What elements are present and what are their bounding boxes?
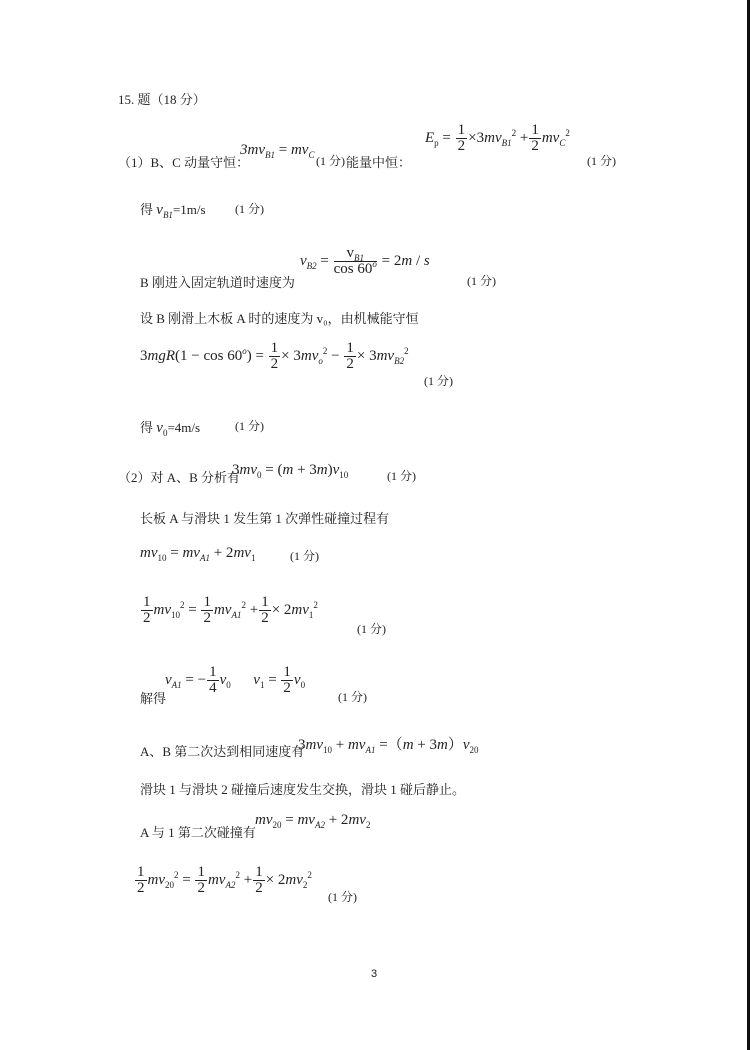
- second-collision-text: A 与 1 第二次碰撞有: [140, 822, 256, 841]
- score-momentum: (1 分): [316, 152, 345, 169]
- score-energy1: (1 分): [357, 620, 386, 637]
- eq-second: 3mv10 + mvA1 =（m + 3m）v20: [298, 733, 479, 754]
- score-mom1: (1 分): [290, 547, 319, 564]
- score-solve: (1 分): [338, 688, 367, 705]
- eq-energy-1: 12mv102 = 12mvA12 +12× 2mv12: [140, 595, 318, 626]
- second-text: A、B 第二次达到相同速度有: [140, 741, 304, 760]
- score-energy2: (1 分): [328, 888, 357, 905]
- part2-label: （2）对 A、B 分析有: [118, 467, 240, 486]
- eq-momentum-2: mv20 = mvA2 + 2mv2: [255, 812, 370, 829]
- question-title: 15. 题（18 分）: [118, 89, 206, 108]
- collision-text: 长板 A 与滑块 1 发生第 1 次弹性碰撞过程有: [140, 508, 389, 527]
- page-number: 3: [371, 968, 377, 980]
- eq-momentum-1: mv10 = mvA1 + 2mv1: [140, 545, 255, 562]
- eq-solve: vA1 = −14v0 v1 = 12v0: [165, 665, 305, 696]
- energy-label: 能量中恒：: [346, 152, 411, 171]
- score-vb1: (1 分): [235, 200, 264, 217]
- solve-label: 解得: [140, 688, 166, 707]
- result-prefix: 得: [140, 202, 153, 217]
- eq-ab-momentum: 3mv0 = (m + 3m)v10: [232, 462, 348, 479]
- result-vb1: 得 vB1=1m/s: [140, 199, 206, 219]
- track-label: B 刚进入固定轨道时速度为: [140, 272, 295, 291]
- eq-energy-bc: Ep = 12×3mvB12 +12mvC2: [425, 123, 570, 154]
- score-mech: (1 分): [424, 372, 453, 389]
- eq-mech-energy: 3mgR(1 − cos 60o) = 12× 3mvo2 − 12× 3mvB…: [140, 341, 409, 372]
- result-value: =1m/s: [173, 202, 206, 217]
- eq-momentum-bc: 3mvB1 = mvC: [240, 142, 314, 159]
- v0-prefix: 得: [140, 420, 153, 435]
- score-vb2: (1 分): [467, 272, 496, 289]
- result-v0: 得 v0=4m/s: [140, 417, 200, 437]
- mech-energy-text: 设 B 刚滑上木板 A 时的速度为 v₀，由机械能守恒: [140, 308, 419, 327]
- eq-vb2: vB2 = vB1cos 60o = 2m / s: [300, 246, 430, 277]
- score-v0: (1 分): [235, 417, 264, 434]
- score-energy: (1 分): [587, 152, 616, 169]
- exchange-text: 滑块 1 与滑块 2 碰撞后速度发生交换，滑块 1 碰后静止。: [140, 779, 465, 798]
- eq-energy-2: 12mv202 = 12mvA22 +12× 2mv22: [134, 865, 312, 896]
- part1-label: （1）B、C 动量守恒：: [118, 152, 249, 171]
- score-ab: (1 分): [387, 467, 416, 484]
- v0-value: =4m/s: [167, 420, 200, 435]
